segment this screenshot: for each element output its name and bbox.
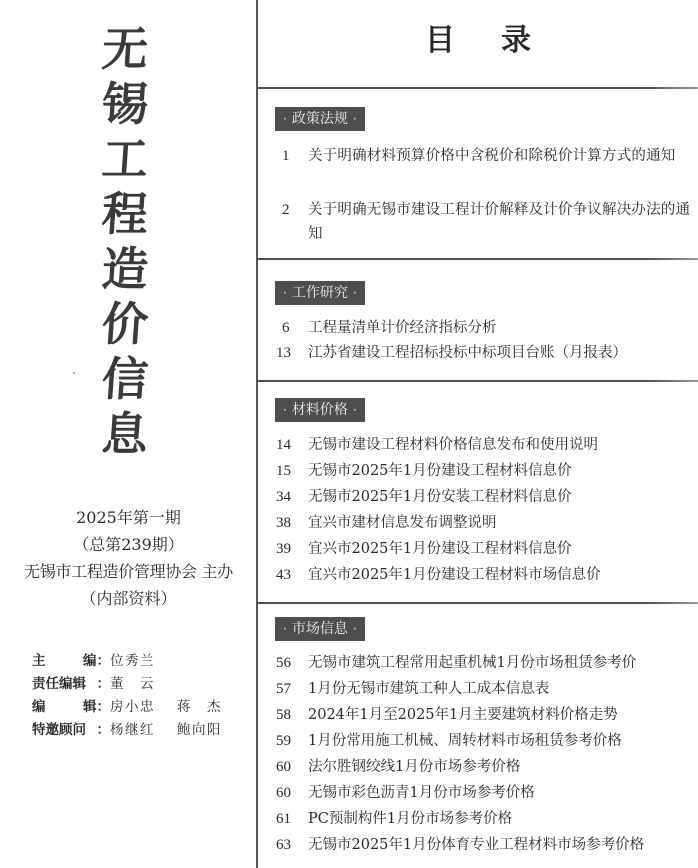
staff-row-advisors: 特邀顾问 ： 杨继红 鲍向阳 — [32, 719, 252, 742]
entry-title: 1月份常用施工机械、周转材料市场租赁参考价格 — [308, 729, 692, 753]
entry-title: 2024年1月至2025年1月主要建筑材料价格走势 — [308, 703, 692, 727]
entry-title: 宜兴市建材信息发布调整说明 — [308, 511, 692, 535]
toc-entry[interactable]: 6 工程量清单计价经济指标分析 — [272, 316, 692, 340]
page-number: 34 — [272, 485, 308, 509]
entry-title: 工程量清单计价经济指标分析 — [308, 316, 692, 340]
issue-info: 2025年第一期 （总第239期） 无锡市工程造价管理协会 主办 （内部资料） — [0, 504, 257, 612]
toc-entry[interactable]: 63 无锡市2025年1月份体育专业工程材料市场参考价格 — [272, 833, 692, 857]
title-char: 价 — [100, 297, 150, 352]
bullet-dot-icon: · — [353, 617, 357, 641]
table-of-contents: 目 录 · 政策法规 · 1 关于明确材料预算价格中含税价和除税价计算方式的通知… — [258, 0, 698, 868]
page-number: 6 — [272, 316, 308, 340]
title-char: 造 — [100, 242, 150, 297]
entry-title: 无锡市2025年1月份体育专业工程材料市场参考价格 — [308, 833, 692, 857]
section-divider — [258, 380, 698, 382]
staff-role: 编 辑： — [32, 696, 110, 719]
entry-title: 无锡市2025年1月份安装工程材料信息价 — [308, 485, 692, 509]
page-number: 60 — [272, 781, 308, 805]
bullet-dot-icon: · — [283, 107, 287, 131]
section-divider — [258, 258, 698, 260]
staff-role: 特邀顾问 ： — [32, 719, 110, 742]
staff-row-chief-editor: 主 编： 位秀兰 — [32, 650, 252, 673]
toc-entry[interactable]: 61 PC预制构件1月份市场参考价格 — [272, 807, 692, 831]
issue-number: 2025年第一期 — [0, 504, 257, 531]
toc-entry[interactable]: 58 2024年1月至2025年1月主要建筑材料价格走势 — [272, 703, 692, 727]
entry-title: 宜兴市2025年1月份建设工程材料信息价 — [308, 537, 692, 561]
staff-row-editors: 编 辑： 房小忠 蒋 杰 — [32, 696, 252, 719]
bullet-dot-icon: · — [353, 398, 357, 422]
editorial-staff: 主 编： 位秀兰 责任编辑 ： 董 云 编 辑： — [32, 650, 252, 742]
entry-title: 无锡市建设工程材料价格信息发布和使用说明 — [308, 433, 692, 457]
section-tag-material-prices: · 材料价格 · — [275, 398, 365, 422]
toc-entry[interactable]: 60 法尔胜钢绞线1月份市场参考价格 — [272, 755, 692, 779]
total-issue-number: （总第239期） — [0, 531, 257, 558]
title-char: 息 — [100, 407, 150, 462]
title-char: 信 — [100, 352, 150, 407]
cover-column: 无 锡 工 程 造 价 信 息 2025年第一期 （总第239期） 无锡市工程造… — [0, 0, 257, 868]
toc-entry[interactable]: 34 无锡市2025年1月份安装工程材料信息价 — [272, 485, 692, 509]
staff-names: 房小忠 蒋 杰 — [110, 696, 222, 719]
toc-entry[interactable]: 15 无锡市2025年1月份建设工程材料信息价 — [272, 459, 692, 483]
entry-title: 无锡市建筑工程常用起重机械1月份市场租赁参考价 — [308, 651, 692, 675]
staff-role: 责任编辑 ： — [32, 673, 110, 696]
section-divider — [258, 87, 698, 89]
toc-title: 目 录 — [258, 12, 698, 62]
entry-title: 1月份无锡市建筑工种人工成本信息表 — [308, 677, 692, 701]
bullet-dot-icon: · — [283, 398, 287, 422]
toc-entry[interactable]: 56 无锡市建筑工程常用起重机械1月份市场租赁参考价 — [272, 651, 692, 675]
page-number: 2 — [272, 198, 308, 246]
title-char: 锡 — [100, 77, 150, 132]
title-char: 工 — [100, 132, 150, 187]
page-number: 14 — [272, 433, 308, 457]
toc-entry[interactable]: 39 宜兴市2025年1月份建设工程材料信息价 — [272, 537, 692, 561]
entry-title: PC预制构件1月份市场参考价格 — [308, 807, 692, 831]
entry-title: 无锡市2025年1月份建设工程材料信息价 — [308, 459, 692, 483]
page-number: 39 — [272, 537, 308, 561]
staff-names: 位秀兰 — [110, 650, 155, 673]
page-number: 1 — [272, 144, 308, 168]
staff-names: 杨继红 鲍向阳 — [110, 719, 222, 742]
entry-title: 宜兴市2025年1月份建设工程材料市场信息价 — [308, 563, 692, 587]
print-speck — [73, 372, 75, 374]
bullet-dot-icon: · — [283, 281, 287, 305]
entry-title: 关于明确材料预算价格中含税价和除税价计算方式的通知 — [308, 144, 692, 168]
toc-entry[interactable]: 13 江苏省建设工程招标投标中标项目台账（月报表） — [272, 341, 692, 365]
magazine-title: 无 锡 工 程 造 价 信 息 — [92, 22, 158, 462]
magazine-contents-page: 无 锡 工 程 造 价 信 息 2025年第一期 （总第239期） 无锡市工程造… — [0, 0, 698, 868]
page-number: 13 — [272, 341, 308, 365]
entry-title: 江苏省建设工程招标投标中标项目台账（月报表） — [308, 341, 692, 365]
toc-entry[interactable]: 14 无锡市建设工程材料价格信息发布和使用说明 — [272, 433, 692, 457]
bullet-dot-icon: · — [353, 107, 357, 131]
toc-entry[interactable]: 57 1月份无锡市建筑工种人工成本信息表 — [272, 677, 692, 701]
page-number: 57 — [272, 677, 308, 701]
staff-role: 主 编： — [32, 650, 110, 673]
bullet-dot-icon: · — [283, 617, 287, 641]
toc-entry[interactable]: 43 宜兴市2025年1月份建设工程材料市场信息价 — [272, 563, 692, 587]
page-number: 63 — [272, 833, 308, 857]
entry-title: 无锡市彩色沥青1月份市场参考价格 — [308, 781, 692, 805]
page-number: 61 — [272, 807, 308, 831]
page-number: 43 — [272, 563, 308, 587]
page-number: 56 — [272, 651, 308, 675]
toc-entry[interactable]: 2 关于明确无锡市建设工程计价解释及计价争议解决办法的通知 — [272, 198, 692, 246]
toc-entry[interactable]: 59 1月份常用施工机械、周转材料市场租赁参考价格 — [272, 729, 692, 753]
toc-entry[interactable]: 60 无锡市彩色沥青1月份市场参考价格 — [272, 781, 692, 805]
publisher: 无锡市工程造价管理协会 主办 — [0, 558, 257, 585]
staff-names: 董 云 — [110, 673, 155, 696]
page-number: 60 — [272, 755, 308, 779]
section-tag-research: · 工作研究 · — [275, 281, 365, 305]
toc-entry[interactable]: 1 关于明确材料预算价格中含税价和除税价计算方式的通知 — [272, 144, 692, 168]
circulation-note: （内部资料） — [0, 585, 257, 612]
page-number: 15 — [272, 459, 308, 483]
title-char: 无 — [100, 22, 150, 77]
bullet-dot-icon: · — [353, 281, 357, 305]
page-number: 59 — [272, 729, 308, 753]
page-number: 38 — [272, 511, 308, 535]
section-divider — [258, 602, 698, 604]
staff-row-responsible-editor: 责任编辑 ： 董 云 — [32, 673, 252, 696]
toc-entry[interactable]: 38 宜兴市建材信息发布调整说明 — [272, 511, 692, 535]
section-tag-policy: · 政策法规 · — [275, 107, 365, 131]
entry-title: 关于明确无锡市建设工程计价解释及计价争议解决办法的通知 — [308, 198, 692, 246]
page-number: 58 — [272, 703, 308, 727]
title-char: 程 — [100, 187, 150, 242]
entry-title: 法尔胜钢绞线1月份市场参考价格 — [308, 755, 692, 779]
section-tag-market-info: · 市场信息 · — [275, 617, 365, 641]
